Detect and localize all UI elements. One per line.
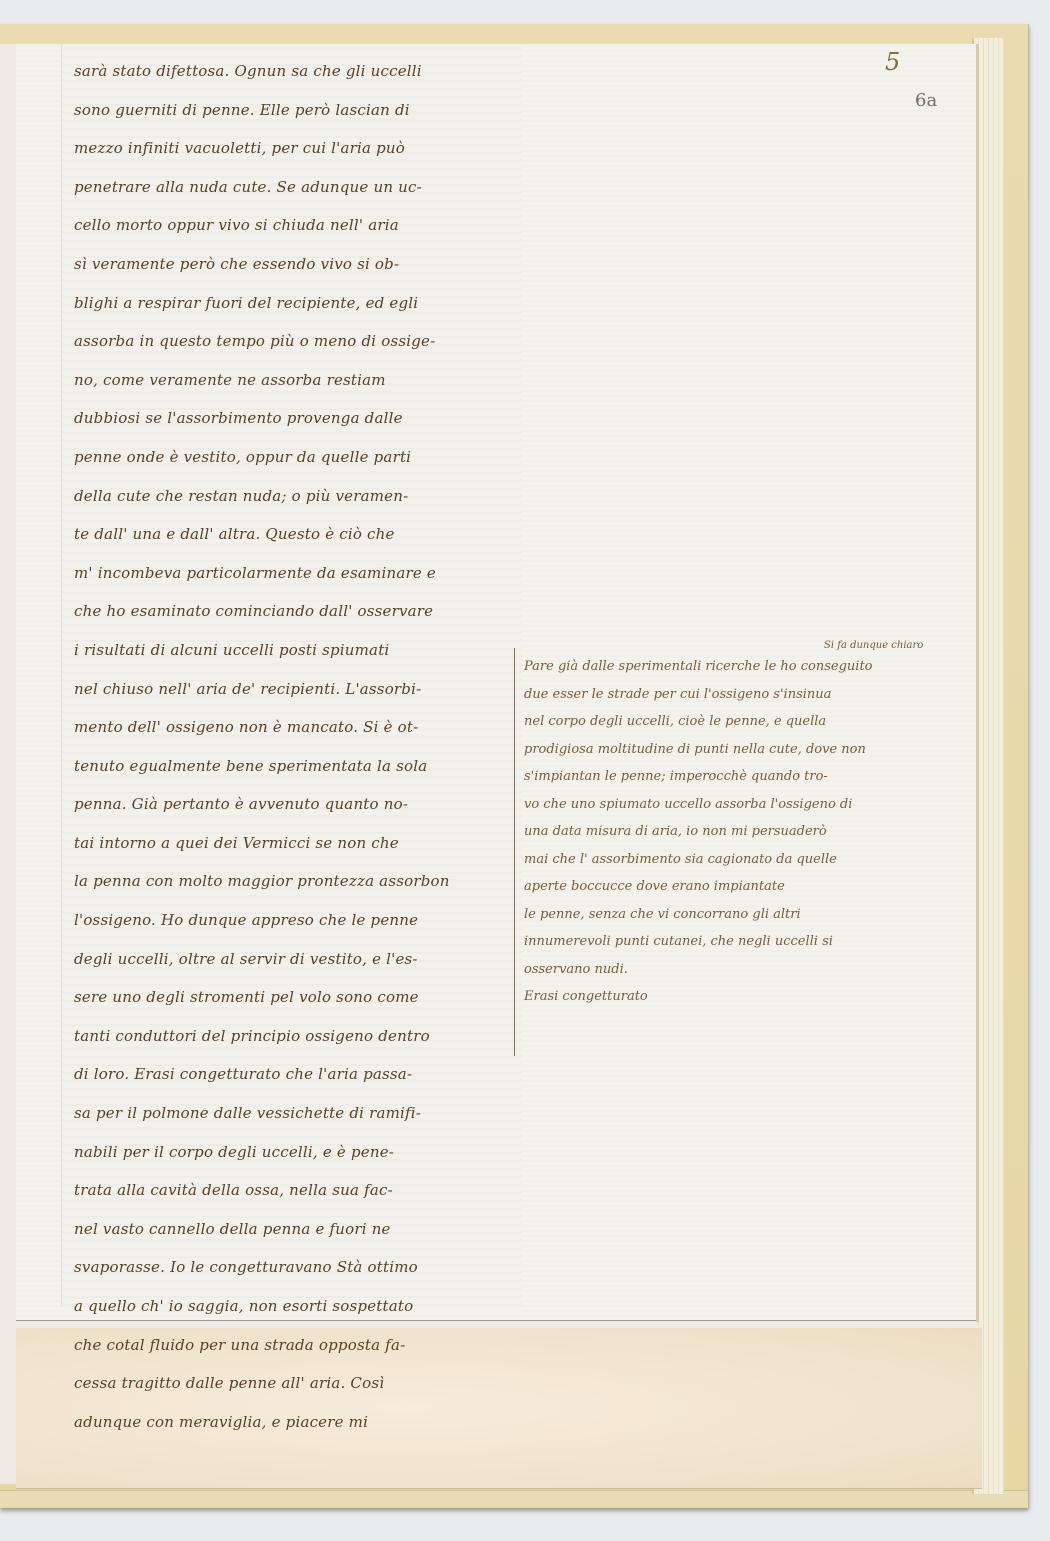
text-line: la penna con molto maggior prontezza ass… bbox=[74, 862, 524, 901]
interlinear-insertion: Si fa dunque chiaro bbox=[524, 640, 974, 652]
text-line: penetrare alla nuda cute. Se adunque un … bbox=[74, 168, 524, 207]
text-line: cello morto oppur vivo si chiuda nell' a… bbox=[74, 206, 524, 245]
note-line: vo che uno spiumato uccello assorba l'os… bbox=[524, 790, 974, 818]
text-line: sa per il polmone dalle vessichette di r… bbox=[74, 1094, 524, 1133]
text-line: dubbiosi se l'assorbimento provenga dall… bbox=[74, 399, 524, 438]
text-line: degli uccelli, oltre al servir di vestit… bbox=[74, 940, 524, 979]
text-line: cessa tragitto dalle penne all' aria. Co… bbox=[74, 1364, 524, 1403]
text-line: sarà stato difettosa. Ognun sa che gli u… bbox=[74, 52, 524, 91]
note-line: osservano nudi. bbox=[524, 955, 974, 983]
text-line: sere uno degli stromenti pel volo sono c… bbox=[74, 978, 524, 1017]
text-line: a quello ch' io saggia, non esorti sospe… bbox=[74, 1287, 524, 1326]
text-line: che cotal fluido per una strada opposta … bbox=[74, 1326, 524, 1365]
note-line: s'impiantan le penne; imperocchè quando … bbox=[524, 762, 974, 790]
note-line: aperte boccucce dove erano impiantate bbox=[524, 872, 974, 900]
text-line: nel chiuso nell' aria de' recipienti. L'… bbox=[74, 670, 524, 709]
text-line: svaporasse. Io le congetturavano Stà ott… bbox=[74, 1248, 524, 1287]
text-line: penna. Già pertanto è avvenuto quanto no… bbox=[74, 785, 524, 824]
note-line: le penne, senza che vi concorrano gli al… bbox=[524, 900, 974, 928]
text-line: te dall' una e dall' altra. Questo è ciò… bbox=[74, 515, 524, 554]
text-line: tai intorno a quei dei Vermicci se non c… bbox=[74, 824, 524, 863]
text-line: m' incombeva particolarmente da esaminar… bbox=[74, 554, 524, 593]
note-line: Erasi congetturato bbox=[524, 982, 974, 1010]
note-line: due esser le strade per cui l'ossigeno s… bbox=[524, 680, 974, 708]
text-line: di loro. Erasi congetturato che l'aria p… bbox=[74, 1055, 524, 1094]
note-line: Pare già dalle sperimentali ricerche le … bbox=[524, 652, 974, 680]
text-line: i risultati di alcuni uccelli posti spiu… bbox=[74, 631, 524, 670]
previous-leaf-edge bbox=[0, 44, 17, 1484]
note-line: una data misura di aria, io non mi persu… bbox=[524, 817, 974, 845]
note-line: prodigiosa moltitudine di punti nella cu… bbox=[524, 735, 974, 763]
note-line: mai che l' assorbimento sia cagionato da… bbox=[524, 845, 974, 873]
text-line: tanti conduttori del principio ossigeno … bbox=[74, 1017, 524, 1056]
folder-bottom-flap bbox=[0, 1490, 1028, 1507]
folio-number-ink: 5 bbox=[885, 48, 900, 76]
marginal-note: Si fa dunque chiaro Pare già dalle speri… bbox=[524, 640, 974, 1010]
text-line: che ho esaminato cominciando dall' osser… bbox=[74, 592, 524, 631]
note-line: nel corpo degli uccelli, cioè le penne, … bbox=[524, 707, 974, 735]
text-line: mento dell' ossigeno non è mancato. Si è… bbox=[74, 708, 524, 747]
text-line: sono guerniti di penne. Elle però lascia… bbox=[74, 91, 524, 130]
marginal-note-bracket bbox=[514, 648, 519, 1056]
text-line: sì veramente però che essendo vivo si ob… bbox=[74, 245, 524, 284]
folio-number-pencil: 6a bbox=[915, 90, 937, 111]
text-line: blighi a respirar fuori del recipiente, … bbox=[74, 284, 524, 323]
text-line: no, come veramente ne assorba restiam bbox=[74, 361, 524, 400]
text-line: assorba in questo tempo più o meno di os… bbox=[74, 322, 524, 361]
text-line: adunque con meraviglia, e piacere mi bbox=[74, 1403, 524, 1442]
text-line: mezzo infiniti vacuoletti, per cui l'ari… bbox=[74, 129, 524, 168]
text-line: l'ossigeno. Ho dunque appreso che le pen… bbox=[74, 901, 524, 940]
text-line: trata alla cavità della ossa, nella sua … bbox=[74, 1171, 524, 1210]
main-handwritten-text: sarà stato difettosa. Ognun sa che gli u… bbox=[74, 52, 524, 1441]
text-line: nabili per il corpo degli uccelli, e è p… bbox=[74, 1133, 524, 1172]
text-line: nel vasto cannello della penna e fuori n… bbox=[74, 1210, 524, 1249]
text-line: penne onde è vestito, oppur da quelle pa… bbox=[74, 438, 524, 477]
note-line: innumerevoli punti cutanei, che negli uc… bbox=[524, 927, 974, 955]
text-line: della cute che restan nuda; o più verame… bbox=[74, 477, 524, 516]
text-line: tenuto egualmente bene sperimentata la s… bbox=[74, 747, 524, 786]
